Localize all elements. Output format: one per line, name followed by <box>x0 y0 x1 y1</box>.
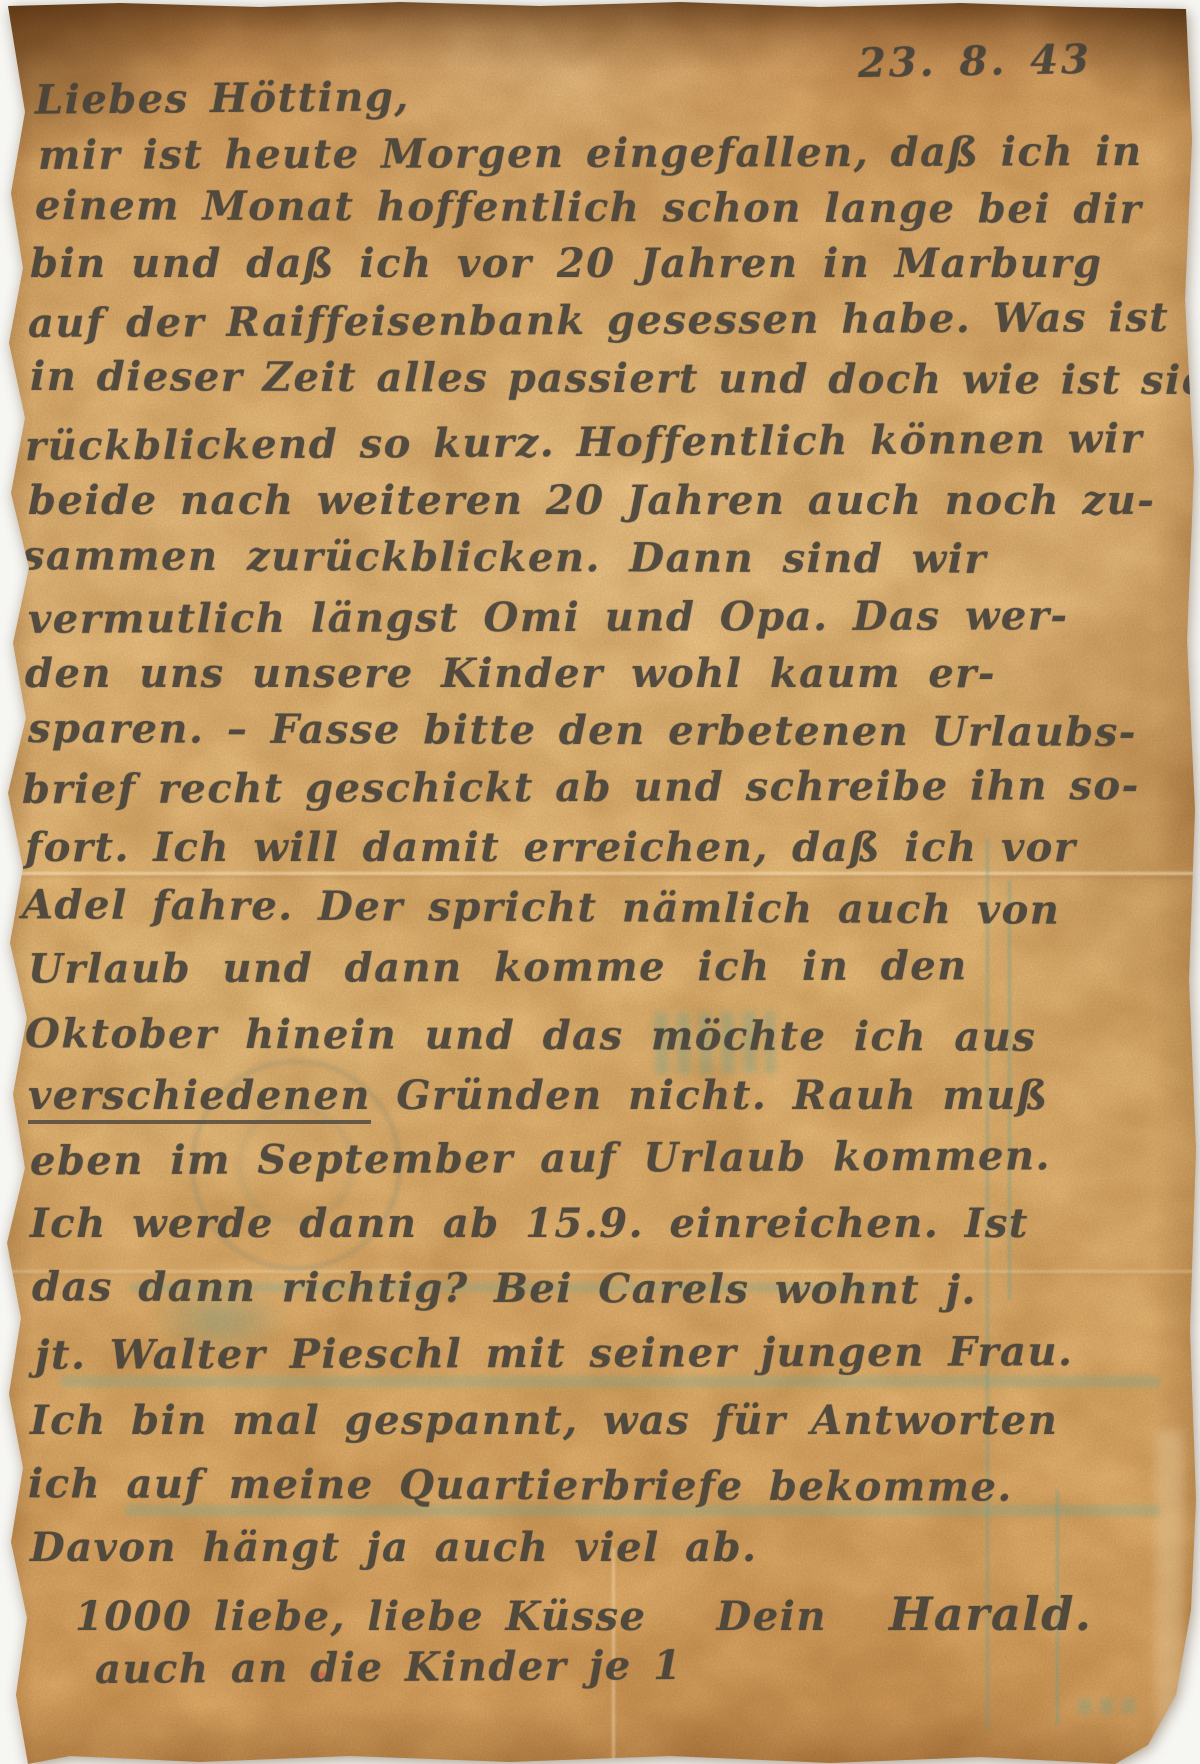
handwritten-line: in dieser Zeit alles passiert und doch w… <box>30 355 1200 403</box>
handwritten-line: eben im September auf Urlaub kommen. <box>30 1134 1051 1183</box>
fold-crease <box>0 872 1200 875</box>
closing-line: 1000 liebe, liebe KüsseDeinHarald. <box>75 1589 1092 1640</box>
handwritten-line: sparen. – Fasse bitte den erbetenen Urla… <box>28 707 1137 755</box>
handwritten-line: Davon hängt ja auch viel ab. <box>30 1526 758 1570</box>
handwritten-line: rückblickend so kurz. Hoffentlich können… <box>25 417 1143 469</box>
handwritten-line: Ich bin mal gespannt, was für Antworten <box>30 1399 1058 1443</box>
handwritten-line: beide nach weiteren 20 Jahren auch noch … <box>28 479 1155 523</box>
handwritten-line: brief recht geschickt ab und schreibe ih… <box>22 764 1140 812</box>
postscript-line: auch an die Kinder je 1 <box>95 1644 683 1692</box>
handwritten-line: verschiedenen Gründen nicht. Rauh muß <box>28 1074 1049 1118</box>
handwritten-line: bin und daß ich vor 20 Jahren in Marburg <box>30 242 1103 286</box>
handwritten-line: fort. Ich will damit erreichen, daß ich … <box>25 826 1076 870</box>
handwritten-line: Ich werde dann ab 15.9. einreichen. Ist <box>30 1202 1029 1246</box>
handwritten-line: das dann richtig? Bei Carels wohnt j. <box>32 1265 977 1312</box>
handwritten-line: auf der Raiffeisenbank gesessen habe. Wa… <box>28 296 1169 346</box>
handwritten-line: einem Monat hoffentlich schon lange bei … <box>35 184 1142 232</box>
handwritten-line: jt. Walter Pieschl mit seiner jungen Fra… <box>35 1330 1074 1378</box>
handwritten-line: vermutlich längst Omi und Opa. Das wer- <box>28 594 1069 642</box>
handwritten-line: Adel fahre. Der spricht nämlich auch von <box>22 883 1061 932</box>
handwritten-line: Oktober hinein und das möchte ich aus <box>25 1012 1037 1060</box>
signature: Harald. <box>889 1587 1092 1641</box>
scanner-background: 23. 8. 43 Liebes Hötting, mir ist heute … <box>0 0 1200 1764</box>
handwritten-line: mir ist heute Morgen eingefallen, daß ic… <box>38 130 1143 178</box>
letter-page: 23. 8. 43 Liebes Hötting, mir ist heute … <box>0 0 1200 1764</box>
handwritten-line: ich auf meine Quartierbriefe bekomme. <box>28 1462 1013 1509</box>
closing-text: 1000 liebe, liebe Küsse <box>75 1593 647 1640</box>
handwritten-line: Urlaub und dann komme ich in den <box>28 944 968 991</box>
underlined-word: verschiedenen <box>28 1072 371 1124</box>
valediction: Dein <box>717 1593 827 1640</box>
handwritten-line: den uns unsere Kinder wohl kaum er- <box>25 652 996 696</box>
fold-crease <box>1156 1430 1184 1764</box>
salutation-line: Liebes Hötting, <box>35 75 410 122</box>
stamp-fragment <box>1078 1698 1136 1714</box>
letter-date: 23. 8. 43 <box>858 38 1093 86</box>
handwritten-line: sammen zurückblicken. Dann sind wir <box>22 534 987 581</box>
